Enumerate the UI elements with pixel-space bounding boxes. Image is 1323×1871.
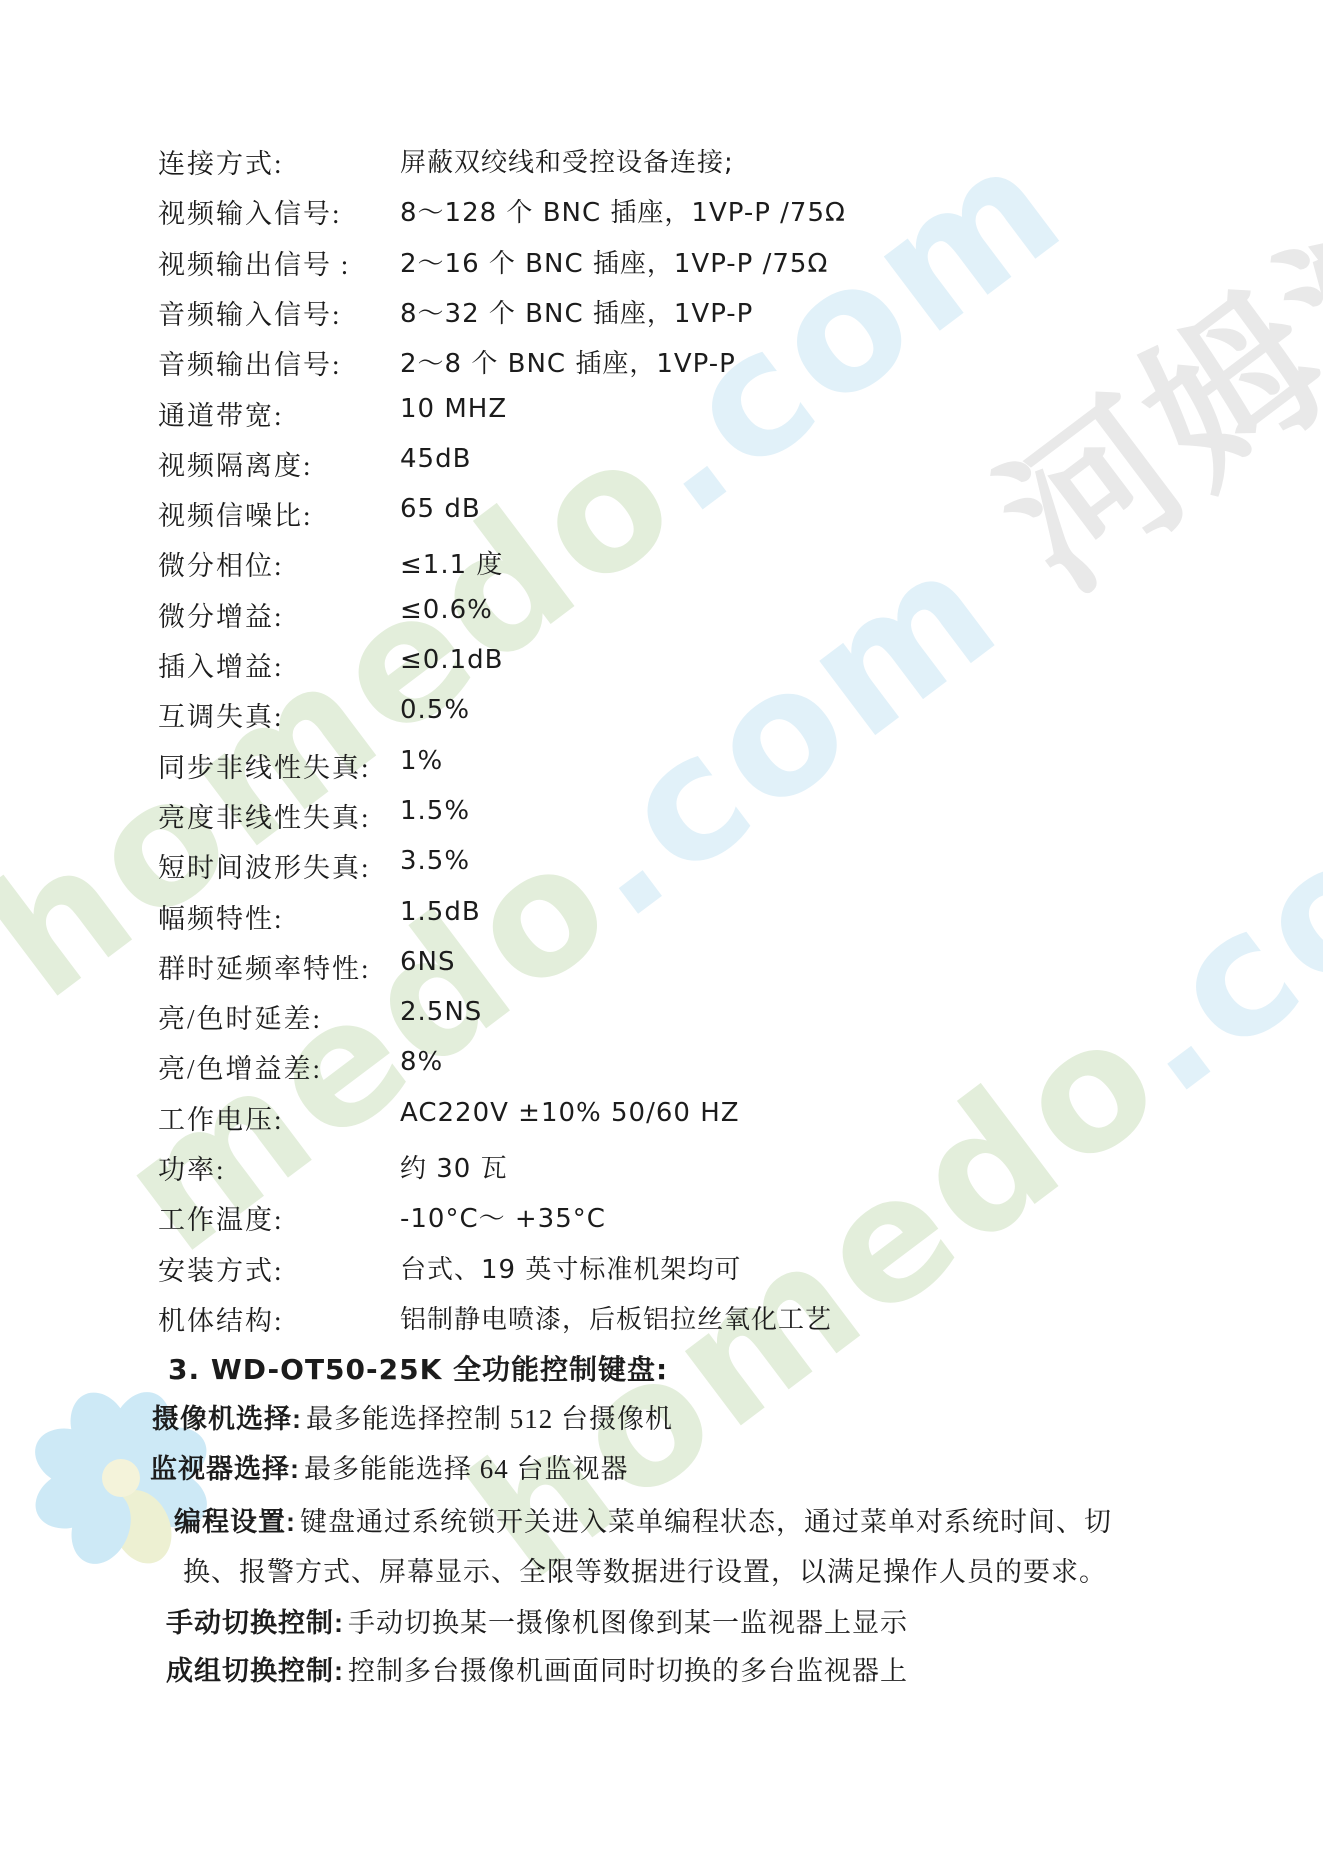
spec-label: 微分相位: <box>158 551 284 581</box>
feature-text: 最多能选择控制 512 台摄像机 <box>306 1404 673 1434</box>
spec-value: 约 30 瓦 <box>400 1148 508 1185</box>
spec-label: 同步非线性失真: <box>158 753 371 783</box>
spec-value: 65 dB <box>400 494 481 524</box>
spec-row: 视频隔离度:45dB <box>158 444 313 480</box>
spec-label: 工作电压: <box>158 1105 284 1135</box>
feature-label: 成组切换控制: <box>166 1656 344 1686</box>
spec-row: 视频信噪比:65 dB <box>158 494 313 530</box>
spec-label: 微分增益: <box>158 602 284 632</box>
document-page: homedo.com medo.com 河姆渡 homedo.com 河姆渡 连… <box>0 0 1323 1871</box>
spec-label: 安装方式: <box>158 1256 284 1286</box>
spec-row: 音频输入信号:8～32 个 BNC 插座，1VP-P <box>158 293 342 329</box>
spec-label: 亮/色时延差: <box>158 1004 322 1034</box>
spec-value: -10°C～ +35°C <box>400 1198 606 1235</box>
spec-label: 短时间波形失真: <box>158 853 371 883</box>
spec-row: 亮/色时延差:2.5NS <box>158 997 322 1033</box>
spec-row: 微分相位:≤1.1 度 <box>158 544 284 580</box>
spec-label: 幅频特性: <box>158 904 284 934</box>
spec-value: 3.5% <box>400 846 470 876</box>
spec-label: 功率: <box>158 1155 226 1185</box>
spec-label: 视频隔离度: <box>158 451 313 481</box>
spec-row: 通道带宽:10 MHZ <box>158 394 284 430</box>
spec-row: 幅频特性:1.5dB <box>158 897 284 933</box>
spec-value: ≤0.6% <box>400 595 493 625</box>
feature-line-group: 成组切换控制: 控制多台摄像机画面同时切换的多台监视器上 <box>166 1649 908 1688</box>
feature-text: 控制多台摄像机画面同时切换的多台监视器上 <box>348 1656 908 1686</box>
spec-row: 安装方式:台式、19 英寸标准机架均可 <box>158 1249 284 1285</box>
feature-label: 编程设置: <box>174 1507 296 1537</box>
spec-row: 视频输入信号:8～128 个 BNC 插座，1VP-P /75Ω <box>158 192 342 228</box>
spec-row: 音频输出信号:2～8 个 BNC 插座，1VP-P <box>158 343 342 379</box>
spec-value: 2.5NS <box>400 997 482 1027</box>
spec-row: 工作电压:AC220V ±10% 50/60 HZ <box>158 1098 284 1134</box>
spec-label: 亮度非线性失真: <box>158 803 371 833</box>
feature-label: 监视器选择: <box>150 1454 300 1484</box>
spec-row: 机体结构:铝制静电喷漆，后板铝拉丝氧化工艺 <box>158 1299 284 1335</box>
spec-label: 工作温度: <box>158 1205 284 1235</box>
spec-value: 8～128 个 BNC 插座，1VP-P /75Ω <box>400 192 846 229</box>
spec-label: 视频输入信号: <box>158 199 342 229</box>
spec-row: 插入增益:≤0.1dB <box>158 645 284 681</box>
feature-text: 手动切换某一摄像机图像到某一监视器上显示 <box>348 1608 908 1638</box>
spec-label: 互调失真: <box>158 702 284 732</box>
spec-value: AC220V ±10% 50/60 HZ <box>400 1098 740 1128</box>
spec-value: 台式、19 英寸标准机架均可 <box>400 1249 741 1286</box>
spec-label: 群时延频率特性: <box>158 954 371 984</box>
spec-label: 机体结构: <box>158 1306 284 1336</box>
spec-row: 功率:约 30 瓦 <box>158 1148 226 1184</box>
feature-line-camera: 摄像机选择: 最多能选择控制 512 台摄像机 <box>152 1397 673 1436</box>
spec-label: 连接方式: <box>158 149 284 179</box>
spec-value: 1.5dB <box>400 897 481 927</box>
spec-row: 亮度非线性失真:1.5% <box>158 796 371 832</box>
spec-label: 音频输出信号: <box>158 350 342 380</box>
spec-value: 屏蔽双绞线和受控设备连接; <box>400 142 734 179</box>
spec-row: 同步非线性失真:1% <box>158 746 371 782</box>
spec-row: 群时延频率特性:6NS <box>158 947 371 983</box>
spec-value: 铝制静电喷漆，后板铝拉丝氧化工艺 <box>400 1299 832 1336</box>
spec-value: 10 MHZ <box>400 394 507 424</box>
spec-value: 0.5% <box>400 695 470 725</box>
spec-label: 视频信噪比: <box>158 501 313 531</box>
spec-row: 工作温度:-10°C～ +35°C <box>158 1198 284 1234</box>
spec-label: 通道带宽: <box>158 401 284 431</box>
spec-value: 8% <box>400 1047 443 1077</box>
spec-value: 2～8 个 BNC 插座，1VP-P <box>400 343 736 380</box>
spec-row: 互调失真:0.5% <box>158 695 284 731</box>
feature-text: 换、报警方式、屏幕显示、全限等数据进行设置，以满足操作人员的要求。 <box>183 1557 1107 1587</box>
spec-document: 连接方式:屏蔽双绞线和受控设备连接; 视频输入信号:8～128 个 BNC 插座… <box>0 0 1323 1871</box>
section-heading: 3. WD-OT50-25K 全功能控制键盘: <box>168 1348 668 1388</box>
spec-label: 插入增益: <box>158 652 284 682</box>
spec-row: 微分增益:≤0.6% <box>158 595 284 631</box>
feature-line-program-2: 换、报警方式、屏幕显示、全限等数据进行设置，以满足操作人员的要求。 <box>183 1550 1107 1589</box>
spec-value: ≤1.1 度 <box>400 544 503 581</box>
spec-label: 视频输出信号 : <box>158 250 350 280</box>
spec-row: 亮/色增益差:8% <box>158 1047 322 1083</box>
spec-row: 短时间波形失真:3.5% <box>158 846 371 882</box>
spec-value: ≤0.1dB <box>400 645 503 675</box>
feature-label: 手动切换控制: <box>166 1608 344 1638</box>
spec-label: 音频输入信号: <box>158 300 342 330</box>
spec-value: 1% <box>400 746 443 776</box>
spec-value: 45dB <box>400 444 471 474</box>
feature-text: 最多能能选择 64 台监视器 <box>304 1454 629 1484</box>
spec-value: 8～32 个 BNC 插座，1VP-P <box>400 293 753 330</box>
spec-row: 连接方式:屏蔽双绞线和受控设备连接; <box>158 142 284 178</box>
feature-line-manual: 手动切换控制: 手动切换某一摄像机图像到某一监视器上显示 <box>166 1601 908 1640</box>
spec-value: 6NS <box>400 947 456 977</box>
spec-value: 2～16 个 BNC 插座，1VP-P /75Ω <box>400 243 828 280</box>
feature-label: 摄像机选择: <box>152 1404 302 1434</box>
feature-line-program-1: 编程设置: 键盘通过系统锁开关进入菜单编程状态，通过菜单对系统时间、切 <box>174 1500 1112 1539</box>
spec-value: 1.5% <box>400 796 470 826</box>
spec-label: 亮/色增益差: <box>158 1054 322 1084</box>
feature-line-monitor: 监视器选择: 最多能能选择 64 台监视器 <box>150 1447 629 1486</box>
spec-row: 视频输出信号 :2～16 个 BNC 插座，1VP-P /75Ω <box>158 243 350 279</box>
feature-text: 键盘通过系统锁开关进入菜单编程状态，通过菜单对系统时间、切 <box>300 1507 1112 1537</box>
